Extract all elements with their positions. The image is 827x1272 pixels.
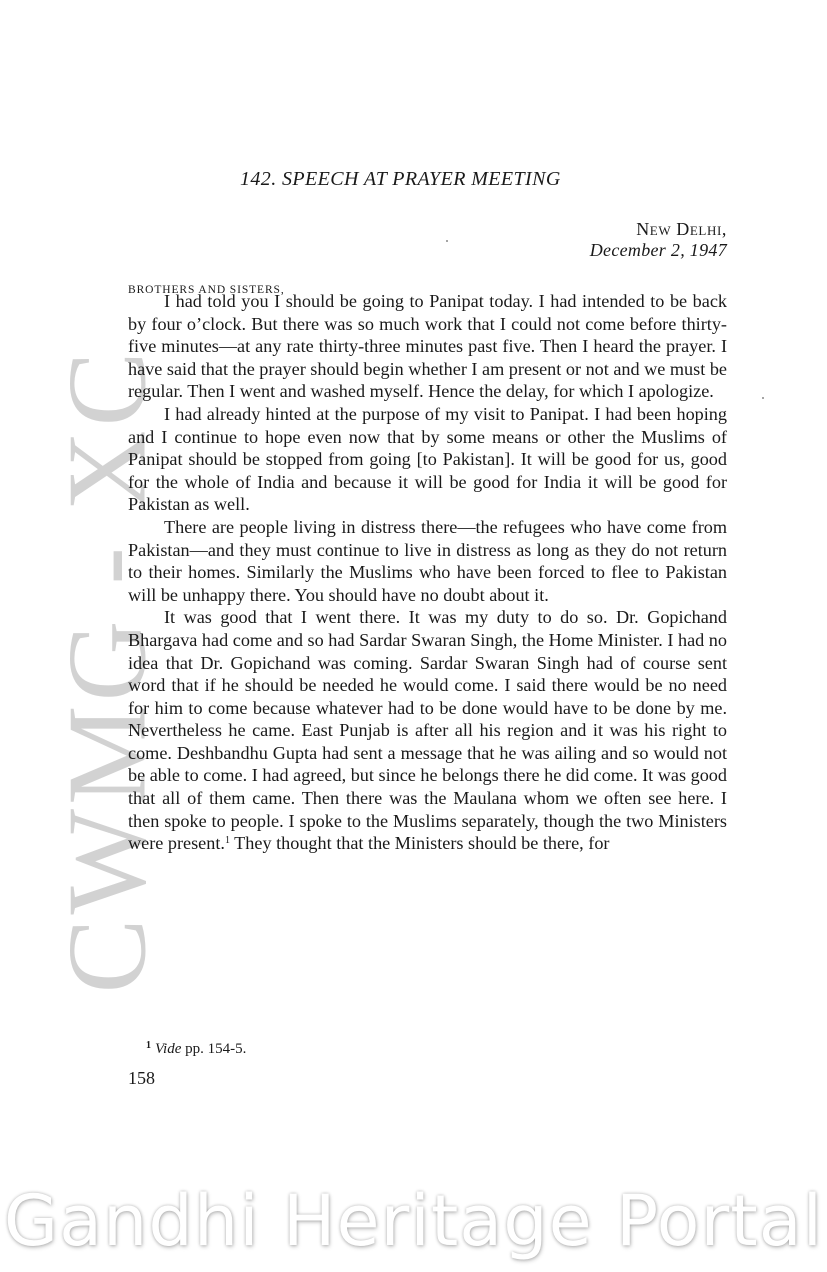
document-title: 142. SPEECH AT PRAYER MEETING	[240, 168, 561, 191]
paragraph: I had already hinted at the purpose of m…	[128, 403, 727, 516]
footnote-italic: Vide	[155, 1041, 181, 1057]
speech-body: I had told you I should be going to Pani…	[128, 290, 727, 855]
document-page: CWMG - XC 142. SPEECH AT PRAYER MEETING …	[0, 0, 827, 1272]
paragraph: It was good that I went there. It was my…	[128, 606, 727, 855]
scan-speck	[446, 240, 448, 242]
scan-speck	[762, 397, 764, 399]
footnote-text: pp. 154-5.	[181, 1041, 246, 1057]
page-number: 158	[128, 1068, 155, 1089]
footnote: 1Vide pp. 154-5.	[146, 1040, 246, 1058]
paragraph: I had told you I should be going to Pani…	[128, 290, 727, 403]
dateline-place: New Delhi,	[636, 219, 727, 240]
footnote-marker: 1	[146, 1040, 151, 1051]
paragraph-continuation: They thought that the Ministers should b…	[230, 833, 610, 853]
portal-watermark: Gandhi Heritage Portal	[0, 1180, 827, 1262]
dateline-date: December 2, 1947	[590, 240, 727, 261]
paragraph-text: It was good that I went there. It was my…	[128, 607, 727, 853]
paragraph: There are people living in distress ther…	[128, 516, 727, 606]
